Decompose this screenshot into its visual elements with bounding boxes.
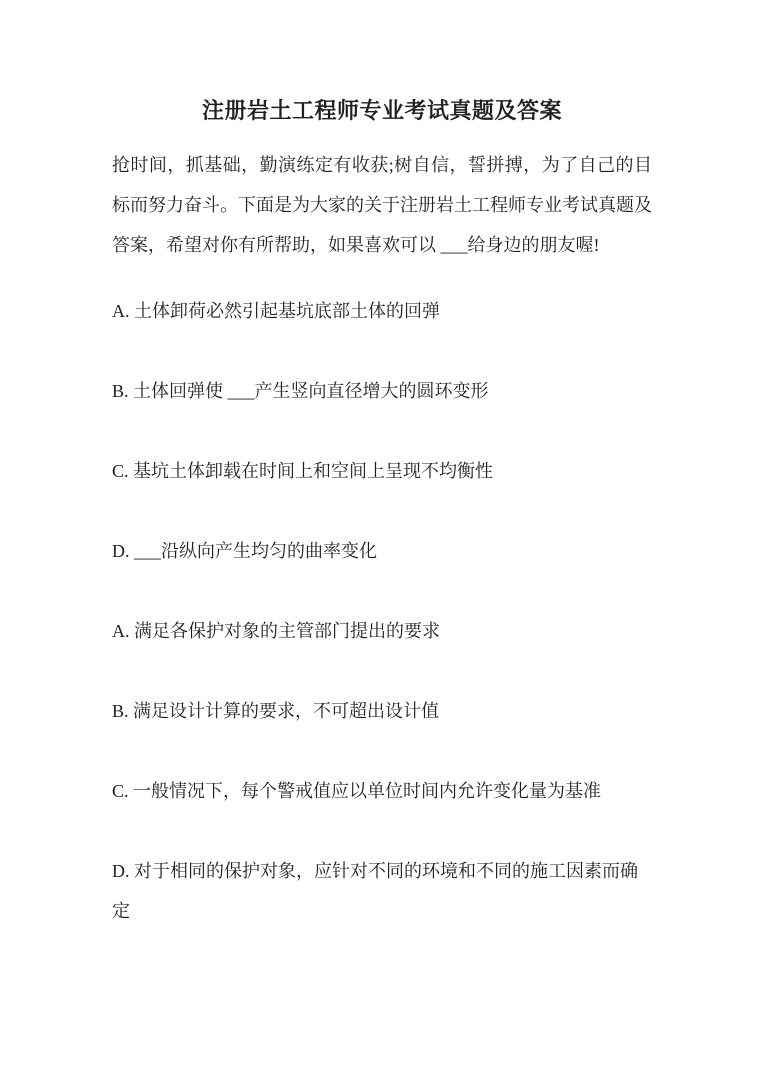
option-line-b2: B. 满足设计计算的要求，不可超出设计值 xyxy=(112,691,652,731)
option-line-c2: C. 一般情况下，每个警戒值应以单位时间内允许变化量为基准 xyxy=(112,771,652,811)
option-line-a2: A. 满足各保护对象的主管部门提出的要求 xyxy=(112,611,652,651)
option-line-a1: A. 土体卸荷必然引起基坑底部土体的回弹 xyxy=(112,291,652,331)
option-line-d2: D. 对于相同的保护对象，应针对不同的环境和不同的施工因素而确定 xyxy=(112,851,652,931)
document-content: 注册岩土工程师专业考试真题及答案 抢时间，抓基础，勤演练定有收获;树自信，誓拼搏… xyxy=(112,96,652,931)
option-line-c1: C. 基坑土体卸载在时间上和空间上呈现不均衡性 xyxy=(112,451,652,491)
option-line-b1: B. 土体回弹使 ___产生竖向直径增大的圆环变形 xyxy=(112,371,652,411)
document-title: 注册岩土工程师专业考试真题及答案 xyxy=(112,96,652,126)
options-list: A. 土体卸荷必然引起基坑底部土体的回弹 B. 土体回弹使 ___产生竖向直径增… xyxy=(112,291,652,931)
document-page: 注册岩土工程师专业考试真题及答案 抢时间，抓基础，勤演练定有收获;树自信，誓拼搏… xyxy=(0,0,763,1080)
intro-paragraph: 抢时间，抓基础，勤演练定有收获;树自信，誓拼搏，为了自己的目标而努力奋斗。下面是… xyxy=(112,145,652,265)
option-line-d1: D. ___沿纵向产生均匀的曲率变化 xyxy=(112,531,652,571)
